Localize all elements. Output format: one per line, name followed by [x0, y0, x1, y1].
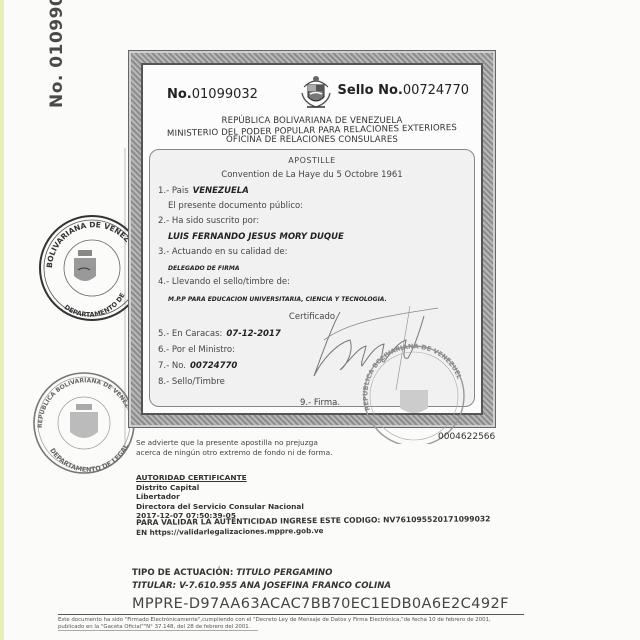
coat-of-arms-icon	[299, 73, 333, 111]
apostille-heading: APOSTILLE	[150, 156, 474, 165]
item-documento: El presente documento público:	[168, 201, 303, 211]
document-hash: MPPRE-D97AA63ACAC7BB70EC1EDB0A6E2C492F	[132, 596, 509, 612]
consular-stamp-top-left: BOLIVARIANA DE VENEZUELA DEPARTAMENTO DE…	[34, 212, 130, 324]
item-suscrito-value: LUIS FERNANDO JESUS MORY DUQUE	[168, 232, 344, 242]
side-document-number: No. 01099032	[47, 0, 67, 108]
issuing-authority-titles: REPÚBLICA BOLIVARIANA DE VENEZUELA MINIS…	[143, 117, 481, 146]
consular-stamp-bottom-left: REPUBLICA BOLIVARIANA DE VENEZUELA DEPAR…	[30, 368, 136, 478]
item-sello-label: 4.- Llevando el sello/timbre de:	[158, 277, 290, 287]
legal-footer: Este documento ha sido "Firmado Electrón…	[58, 617, 491, 631]
serial-number: 0004622566	[438, 432, 495, 442]
item-calidad-value: DELEGADO DE FIRMA	[168, 265, 239, 272]
divider	[58, 614, 524, 615]
sello-number: Sello No.00724770	[338, 83, 469, 98]
item-firma: 9.- Firma.	[300, 398, 340, 408]
titular: TITULAR: V-7.610.955 ANA JOSEFINA FRANCO…	[132, 580, 391, 593]
convention-line: Convention de La Haye du 5 Octobre 1961	[150, 170, 474, 180]
authority-title: AUTORIDAD CERTIFICANTE	[136, 473, 304, 483]
item-calidad-label: 3.- Actuando en su calidad de:	[158, 247, 287, 257]
certificate-number: No.01099032	[167, 87, 258, 102]
item-caracas: 5.- En Caracas:07-12-2017	[158, 329, 281, 339]
item-ministro: 6.- Por el Ministro:	[158, 345, 235, 355]
actuacion-info: TIPO DE ACTUACIÓN: TITULO PERGAMINO TITU…	[132, 567, 391, 593]
apostille-notice: Se advierte que la presente apostilla no…	[136, 438, 332, 457]
item-suscrito-label: 2.- Ha sido suscrito por:	[158, 216, 259, 226]
consular-stamp-overlap: REPUBLICA BOLIVARIANA DE VENEZUELA	[358, 340, 470, 444]
item-pais: 1.- PaisVENEZUELA	[158, 186, 249, 196]
item-timbre: 8.- Sello/Timbre	[158, 377, 225, 387]
validation-instructions: PARA VALIDAR LA AUTENTICIDAD INGRESE EST…	[136, 514, 491, 537]
divider	[58, 630, 258, 631]
item-no: 7.- No.00724770	[158, 361, 237, 371]
certifying-authority: AUTORIDAD CERTIFICANTE Distrito Capital …	[136, 473, 304, 521]
tipo-actuacion: TIPO DE ACTUACIÓN: TITULO PERGAMINO	[132, 567, 391, 580]
scan-edge-strip	[0, 0, 4, 640]
